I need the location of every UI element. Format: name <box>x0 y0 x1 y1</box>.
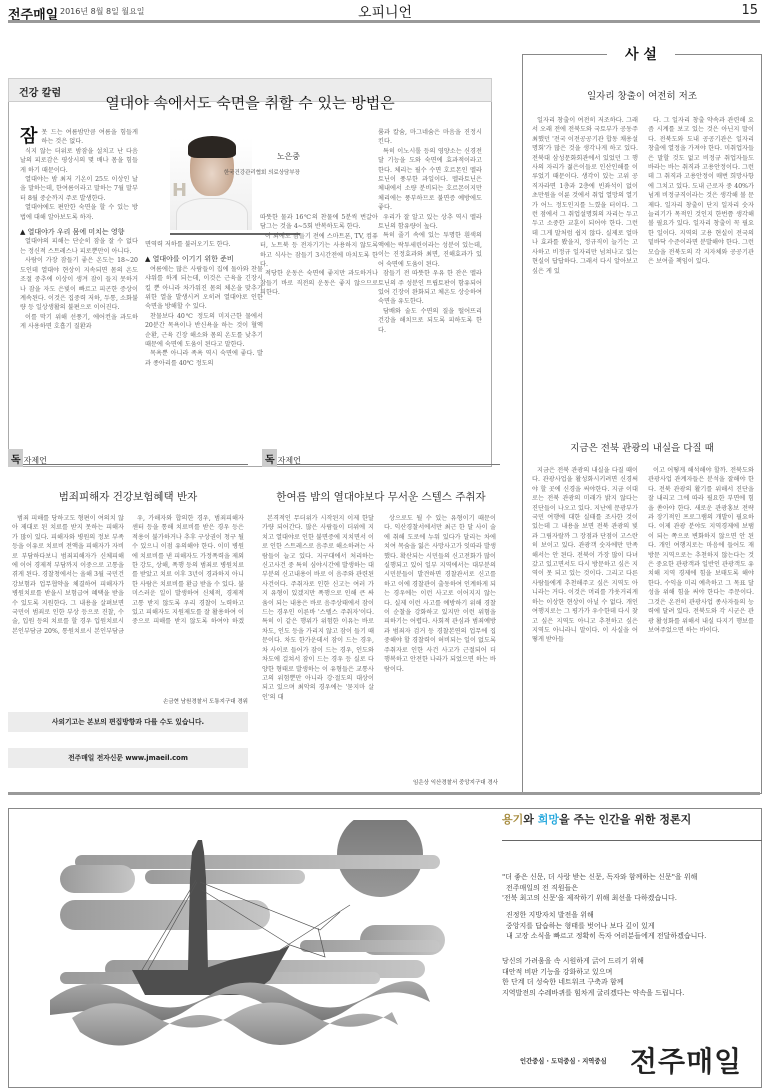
ad-slogan: 인간중심 · 도덕중심 · 지역중심 <box>520 1056 607 1065</box>
section-rule <box>8 792 760 795</box>
ad-rule <box>502 840 762 841</box>
editorial-label: 사 설 <box>607 44 675 64</box>
subheading: ▲ 열대야가 우리 몸에 미치는 영향 <box>20 228 138 237</box>
health-column-headline: 열대야 속에서도 숙면을 취할 수 있는 방법은 <box>8 92 492 113</box>
editorial-2-col-1: 지금은 전북 관광의 내실을 다질 때이다. 관광사업을 활성화시키려면 신경써… <box>532 466 638 786</box>
reader-right-byline: 임은상 익산경찰서 중앙지구대 경사 <box>380 778 498 786</box>
reader-section-header-left: 독자제언 <box>8 448 248 465</box>
ad-paragraph-2: 진정한 지방자치 발전을 위해 중앙지를 답습하는 형태를 벗어나 보다 깊이 … <box>502 910 706 942</box>
health-col-1: 잠 못 드는 여름밤만큼 여름을 힘들게 하는 것은 없다. 식지 않는 더위로… <box>20 128 138 332</box>
reader-left-col-1: 범죄 피해를 당하고도 형편이 여의치 않아 제대로 된 치료를 받지 못하는 … <box>12 514 124 634</box>
reader-left-byline: 손금현 남원경찰서 도통지구대 경위 <box>132 697 248 705</box>
ship-illustration-icon <box>20 820 450 1060</box>
author-photo: H <box>170 128 252 230</box>
subheading: ▲ 열대야를 이기기 위한 준비 <box>145 255 263 264</box>
reader-headline-right: 한여름 밤의 열대야보다 무서운 스텔스 주취자 <box>262 489 500 504</box>
ad-paragraph-1: "더 좋은 신문, 더 사랑 받는 신문, 독자와 함께하는 신문"을 위해 전… <box>502 872 697 904</box>
photo-hair <box>188 136 236 158</box>
reader-section-header-right: 독자제언 <box>262 448 500 465</box>
drop-cap: 잠 <box>20 128 37 146</box>
editorial-1-col-1: 일자리 창출이 여전히 저조하다. 그래서 오래 전에 전북도와 국토부가 공동… <box>532 116 638 438</box>
editorial-1-col-2: 다. 그 일자리 창출 약속과 관련해 요즘 시계를 보고 있는 것은 아닌지 … <box>648 116 754 438</box>
e-paper-link[interactable]: 전주매일 전자신문 www.jmaeil.com <box>8 748 248 768</box>
disclaimer-notice: 사외기고는 본보의 편집방향과 다를 수도 있습니다. <box>8 712 248 732</box>
health-col-3: 따뜻한 물과 16℃의 찬물에 5분씩 번갈아 담그는 것을 4~5회 반복하도… <box>260 213 378 298</box>
reader-right-col-2: 상으로도 될 수 있는 유형이기 때문이다. 익산경찰서에서만 최근 한 달 사… <box>384 514 496 776</box>
editorial-2-col-2: 이고 어떻게 해석해야 할까. 전북도와 관광사업 관계자들은 분석을 잘해야 … <box>648 466 754 786</box>
health-col-2: 면역력 저하를 불러오기도 한다. ▲ 열대야를 이기기 위한 준비 여름에는 … <box>145 240 263 368</box>
reader-right-col-1: 본격적인 무더위가 시작된지 이제 한달 가량 되어간다. 많은 사람들이 더위… <box>262 514 374 784</box>
editorial-headline-1: 일자리 창출이 여전히 저조 <box>522 88 762 102</box>
ad-headline: 용기와 희망을 주는 인간을 위한 정론지 <box>502 811 691 827</box>
photo-body <box>176 198 248 230</box>
author-name: 노은중 <box>256 151 300 162</box>
reader-headline-left: 범죄피해자 건강보험혜택 반자 <box>8 489 248 504</box>
logo-backdrop-icon: H <box>172 180 187 201</box>
reader-left-col-2: 우, 가해자와 합의한 경우, 범죄피해자센터 등을 통해 치료비를 받은 경우… <box>132 514 244 626</box>
header-rule <box>8 20 760 23</box>
health-col-4: 륨과 칼슘, 마그네슘은 마음을 진정시킨다. 특히 이노시톨 등의 영양소는 … <box>378 128 482 335</box>
author-title: 한국건강관리협회 의료상담부장 <box>200 168 300 176</box>
ad-logo: 전주매일 <box>630 1040 742 1080</box>
ad-paragraph-3: 당신의 가려움을 속 시원하게 긁어 드리기 위해 대안적 비판 기능을 강화하… <box>502 956 684 998</box>
editorial-headline-2: 지금은 전북 관광의 내실을 다질 때 <box>522 440 762 454</box>
page-number: 15 <box>741 3 758 18</box>
section-title: 오피니언 <box>0 2 770 22</box>
